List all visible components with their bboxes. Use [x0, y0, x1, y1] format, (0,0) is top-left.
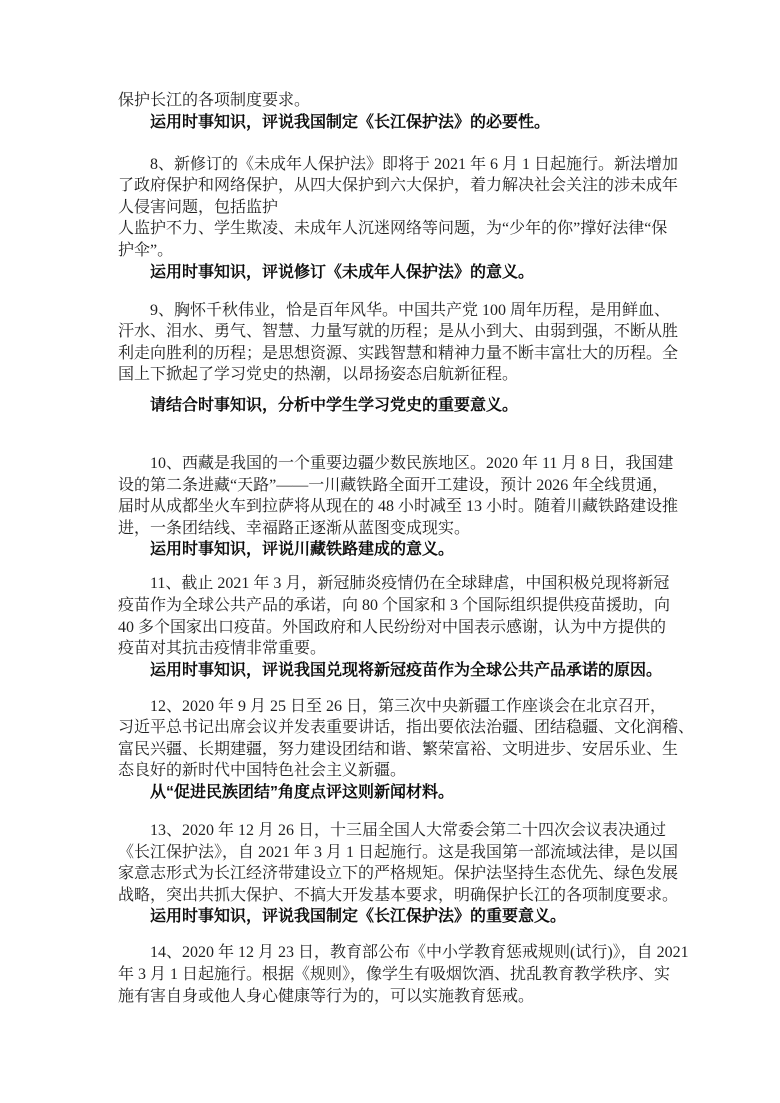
text-line: 年 3 月 1 日起施行。根据《规则》，像学生有吸烟饮酒、扰乱教育教学秩序、实: [118, 964, 666, 986]
paragraph: 10、西藏是我国的一个重要边疆少数民族地区。2020 年 11 月 8 日，我国…: [118, 453, 666, 539]
text-line: 护伞”。: [118, 240, 666, 262]
text-line: 《长江保护法》，自 2021 年 3 月 1 日起施行。这是我国第一部流域法律，…: [118, 842, 666, 864]
text-line: 10、西藏是我国的一个重要边疆少数民族地区。2020 年 11 月 8 日，我国…: [118, 453, 666, 475]
question-prompt: 运用时事知识，评说修订《未成年人保护法》的意义。: [118, 262, 666, 284]
paragraph: 12、2020 年 9 月 25 日至 26 日，第三次中央新疆工作座谈会在北京…: [118, 696, 666, 782]
text-line: 设的第二条进藏“天路”——一川藏铁路全面开工建设，预计 2026 年全线贯通，: [118, 475, 666, 497]
text-line: 人侵害问题，包括监护: [118, 197, 666, 219]
paragraph: 8、新修订的《未成年人保护法》即将于 2021 年 6 月 1 日起施行。新法增…: [118, 154, 666, 262]
text-line: 国上下掀起了学习党史的热潮，以昂扬姿态启航新征程。: [118, 364, 666, 386]
text-line: 12、2020 年 9 月 25 日至 26 日，第三次中央新疆工作座谈会在北京…: [118, 696, 666, 718]
text-line: 疫苗作为全球公共产品的承诺，向 80 个国家和 3 个国际组织提供疫苗援助，向: [118, 595, 666, 617]
text-line: 11、截止 2021 年 3 月，新冠肺炎疫情仍在全球肆虐，中国积极兑现将新冠: [118, 573, 666, 595]
text-line: 请结合时事知识，分析中学生学习党史的重要意义。: [150, 395, 666, 417]
question-prompt: 运用时事知识，评说我国兑现将新冠疫苗作为全球公共产品承诺的原因。: [118, 660, 666, 682]
text-line: 富民兴疆、长期建疆，努力建设团结和谐、繁荣富裕、文明进步、安居乐业、生: [118, 739, 666, 761]
text-line: 13、2020 年 12 月 26 日，十三届全国人大常委会第二十四次会议表决通…: [118, 820, 666, 842]
text-line: 疫苗对其抗击疫情非常重要。: [118, 638, 666, 660]
text-line: 14、2020 年 12 月 23 日，教育部公布《中小学教育惩戒规则(试行)》…: [118, 942, 666, 964]
text-line: 战略，突出共抓大保护、不搞大开发基本要求，明确保护长江的各项制度要求。: [118, 885, 666, 907]
text-line: 家意志形式为长江经济带建设立下的严格规矩。保护法坚持生态优先、绿色发展: [118, 863, 666, 885]
paragraph: 9、胸怀千秋伟业，恰是百年风华。中国共产党 100 周年历程，是用鲜血、汗水、泪…: [118, 300, 666, 386]
text-line: 运用时事知识，评说川藏铁路建成的意义。: [150, 539, 666, 561]
paragraph: 11、截止 2021 年 3 月，新冠肺炎疫情仍在全球肆虐，中国积极兑现将新冠疫…: [118, 573, 666, 659]
text-line: 利走向胜利的历程；是思想资源、实践智慧和精神力量不断丰富壮大的历程。全: [118, 343, 666, 365]
question-prompt: 请结合时事知识，分析中学生学习党史的重要意义。: [118, 395, 666, 417]
text-line: 40 多个国家出口疫苗。外国政府和人民纷纷对中国表示感谢，认为中方提供的: [118, 617, 666, 639]
text-line: 保护长江的各项制度要求。: [118, 90, 666, 112]
text-line: 运用时事知识，评说修订《未成年人保护法》的意义。: [150, 262, 666, 284]
document-page: 保护长江的各项制度要求。运用时事知识，评说我国制定《长江保护法》的必要性。8、新…: [0, 0, 780, 1103]
document-content: 保护长江的各项制度要求。运用时事知识，评说我国制定《长江保护法》的必要性。8、新…: [118, 90, 666, 1007]
text-line: 9、胸怀千秋伟业，恰是百年风华。中国共产党 100 周年历程，是用鲜血、: [118, 300, 666, 322]
question-prompt: 运用时事知识，评说我国制定《长江保护法》的重要意义。: [118, 906, 666, 928]
text-line: 施有害自身或他人身心健康等行为的，可以实施教育惩戒。: [118, 986, 666, 1008]
question-prompt: 运用时事知识，评说我国制定《长江保护法》的必要性。: [118, 112, 666, 134]
text-line: 进，一条团结线、幸福路正逐渐从蓝图变成现实。: [118, 518, 666, 540]
text-line: 人监护不力、学生欺凌、未成年人沉迷网络等问题，为“少年的你”撑好法律“保: [118, 218, 666, 240]
paragraph: 14、2020 年 12 月 23 日，教育部公布《中小学教育惩戒规则(试行)》…: [118, 942, 666, 1007]
text-line: 运用时事知识，评说我国制定《长江保护法》的重要意义。: [150, 906, 666, 928]
text-line: 习近平总书记出席会议并发表重要讲话，指出要依法治疆、团结稳疆、文化润稽、: [118, 717, 666, 739]
text-line: 态良好的新时代中国特色社会主义新疆。: [118, 760, 666, 782]
text-line: 汗水、泪水、勇气、智慧、力量写就的历程；是从小到大、由弱到强，不断从胜: [118, 321, 666, 343]
text-line: 从“促进民族团结”角度点评这则新闻材料。: [150, 782, 666, 804]
paragraph: 保护长江的各项制度要求。: [118, 90, 666, 112]
text-line: 届时从成都坐火车到拉萨将从现在的 48 小时减至 13 小时。随着川藏铁路建设推: [118, 496, 666, 518]
text-line: 8、新修订的《未成年人保护法》即将于 2021 年 6 月 1 日起施行。新法增…: [118, 154, 666, 176]
paragraph: 13、2020 年 12 月 26 日，十三届全国人大常委会第二十四次会议表决通…: [118, 820, 666, 906]
text-line: 了政府保护和网络保护，从四大保护到六大保护，着力解决社会关注的涉未成年: [118, 175, 666, 197]
text-line: 运用时事知识，评说我国兑现将新冠疫苗作为全球公共产品承诺的原因。: [150, 660, 666, 682]
question-prompt: 从“促进民族团结”角度点评这则新闻材料。: [118, 782, 666, 804]
question-prompt: 运用时事知识，评说川藏铁路建成的意义。: [118, 539, 666, 561]
text-line: 运用时事知识，评说我国制定《长江保护法》的必要性。: [150, 112, 666, 134]
